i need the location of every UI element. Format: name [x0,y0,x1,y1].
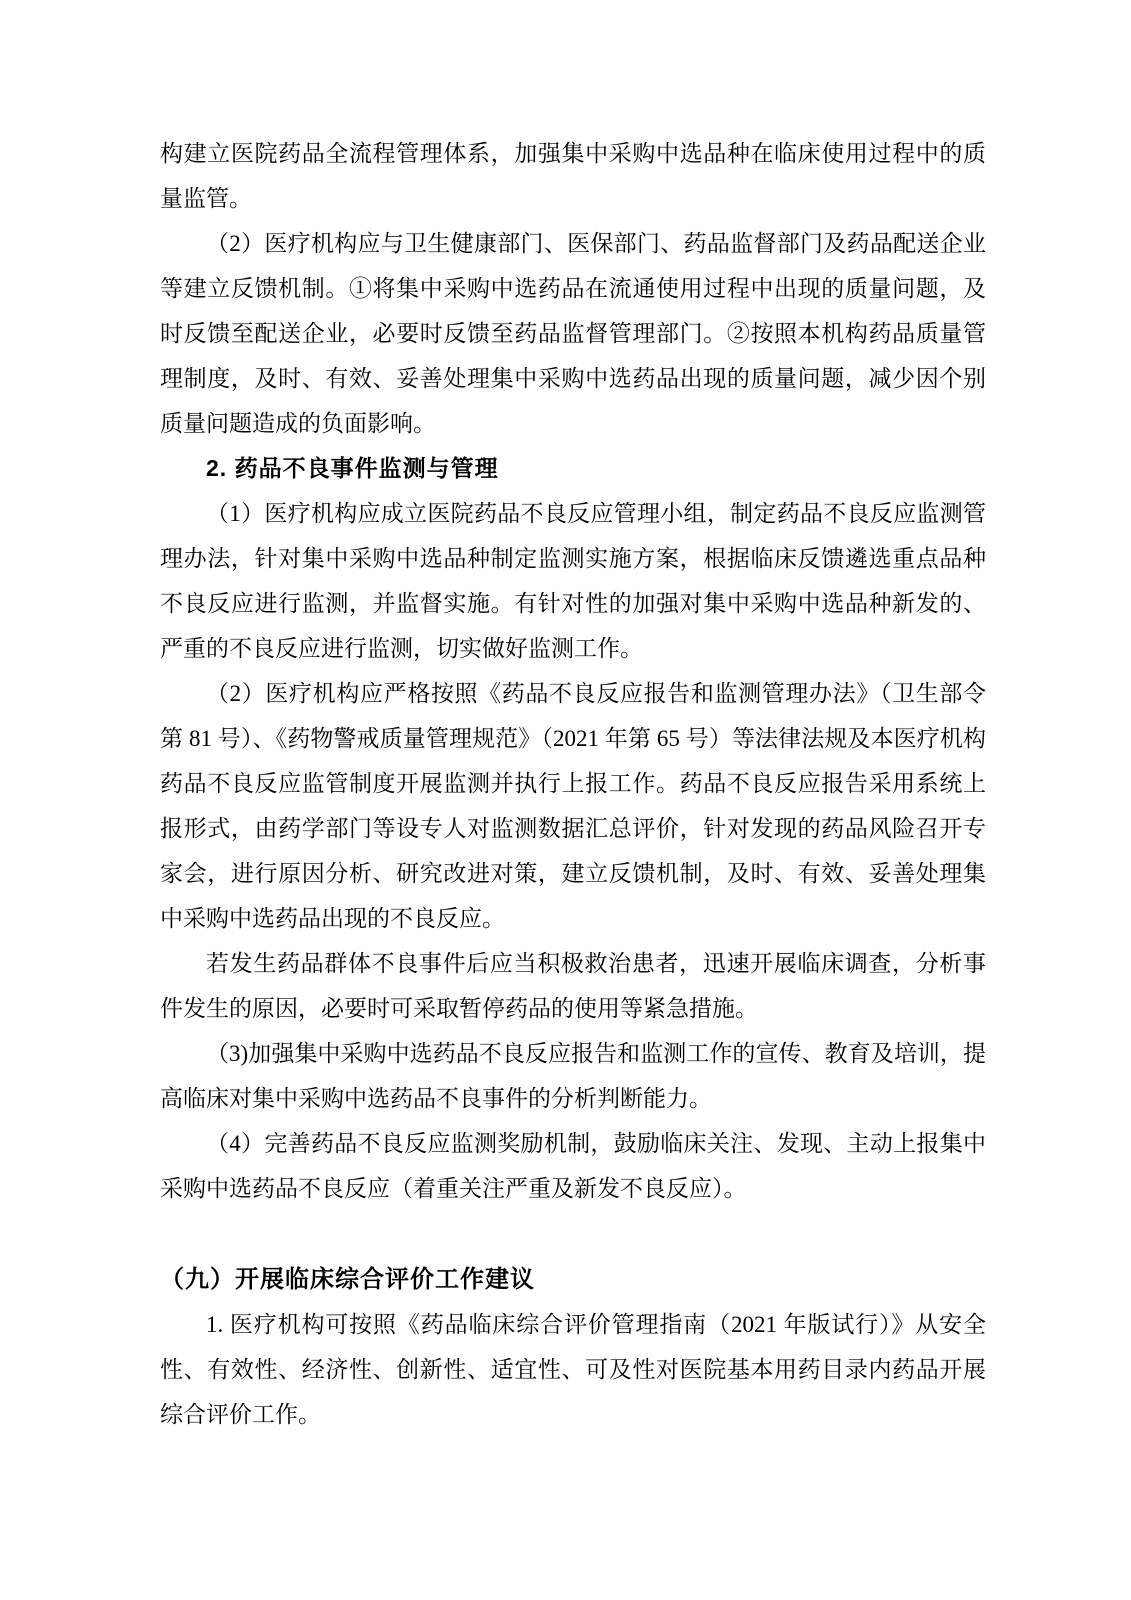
paragraph: （1）医疗机构应成立医院药品不良反应管理小组，制定药品不良反应监测管理办法，针对… [160,491,986,671]
document-page: 构建立医院药品全流程管理体系，加强集中采购中选品种在临床使用过程中的质量监管。（… [0,0,1131,1600]
paragraph: 1. 医疗机构可按照《药品临床综合评价管理指南（2021 年版试行）》从安全性、… [160,1302,986,1437]
paragraph: （2）医疗机构应与卫生健康部门、医保部门、药品监督部门及药品配送企业等建立反馈机… [160,221,986,446]
paragraph: （2）医疗机构应严格按照《药品不良反应报告和监测管理办法》（卫生部令第 81 号… [160,671,986,941]
paragraph: （3)加强集中采购中选药品不良反应报告和监测工作的宣传、教育及培训，提高临床对集… [160,1031,986,1121]
section-heading: （九）开展临床综合评价工作建议 [160,1257,986,1302]
paragraph: 若发生药品群体不良事件后应当积极救治患者，迅速开展临床调查，分析事件发生的原因，… [160,941,986,1031]
paragraph: 构建立医院药品全流程管理体系，加强集中采购中选品种在临床使用过程中的质量监管。 [160,131,986,221]
document-content: 构建立医院药品全流程管理体系，加强集中采购中选品种在临床使用过程中的质量监管。（… [160,131,986,1437]
subsection-heading: 2. 药品不良事件监测与管理 [160,446,986,491]
paragraph: （4）完善药品不良反应监测奖励机制，鼓励临床关注、发现、主动上报集中采购中选药品… [160,1121,986,1211]
